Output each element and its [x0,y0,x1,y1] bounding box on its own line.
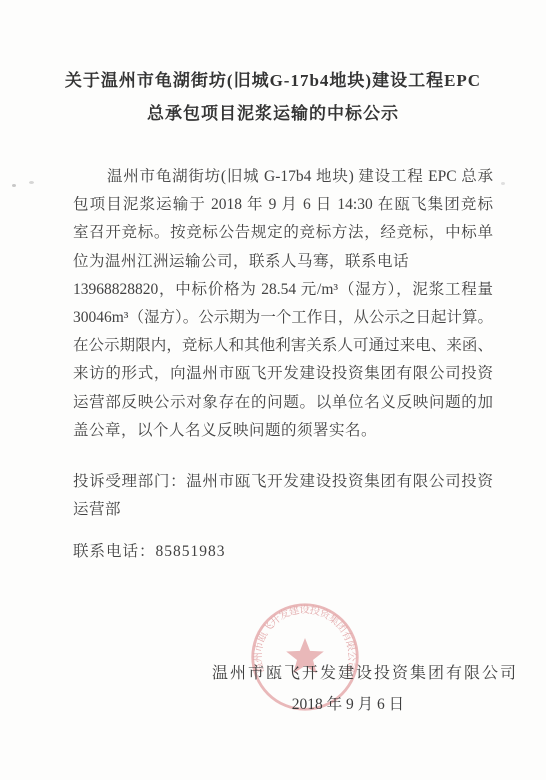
body-line: 温州市龟湖街坊(旧城 G-17b4 地块) 建设工程 EPC 总承 [73,163,493,191]
notice-title: 关于温州市龟湖街坊(旧城G-17b4地块)建设工程EPC 总承包项目泥浆运输的中… [0,64,546,130]
body-line: 位为温州江洲运输公司，联系人马骞，联系电话 [73,248,493,276]
scan-speckle [29,181,34,184]
body-line: 在公示期限内，竞标人和其他利害关系人可通过来电、来函、 [73,332,493,360]
notice-title-line2: 总承包项目泥浆运输的中标公示 [0,97,546,130]
complaint-department: 投诉受理部门：温州市瓯飞开发建设投资集团有限公司投资 运营部 [73,468,493,524]
document-page: 关于温州市龟湖街坊(旧城G-17b4地块)建设工程EPC 总承包项目泥浆运输的中… [0,0,546,780]
notice-title-line1: 关于温州市龟湖街坊(旧城G-17b4地块)建设工程EPC [0,64,546,97]
notice-body: 温州市龟湖街坊(旧城 G-17b4 地块) 建设工程 EPC 总承 包项目泥浆运… [73,163,493,445]
body-line: 13968828820，中标价格为 28.54 元/m³（湿方），泥浆工程量 [73,276,493,304]
complaint-line: 投诉受理部门：温州市瓯飞开发建设投资集团有限公司投资 [73,468,493,496]
body-line: 盖公章，以个人名义反映问题的须署实名。 [73,417,493,445]
footer-company-name: 温州市瓯飞开发建设投资集团有限公司 [212,660,468,683]
contact-phone: 联系电话：85851983 [73,538,493,566]
body-line: 运营部反映公示对象存在的问题。以单位名义反映问题的加 [73,389,493,417]
body-line: 30046m³（湿方）。公示期为一个工作日，从公示之日起计算。 [73,304,493,332]
scan-speckle [501,182,505,185]
body-line: 来访的形式，向温州市瓯飞开发建设投资集团有限公司投资 [73,360,493,388]
footer-date: 2018 年 9 月 6 日 [288,692,408,714]
scan-speckle [12,184,16,187]
body-line: 室召开竞标。按竞标公告规定的竞标方法，经竞标，中标单 [73,219,493,247]
complaint-line: 运营部 [73,496,493,524]
body-line: 包项目泥浆运输于 2018 年 9 月 6 日 14:30 在瓯飞集团竞标 [73,191,493,219]
